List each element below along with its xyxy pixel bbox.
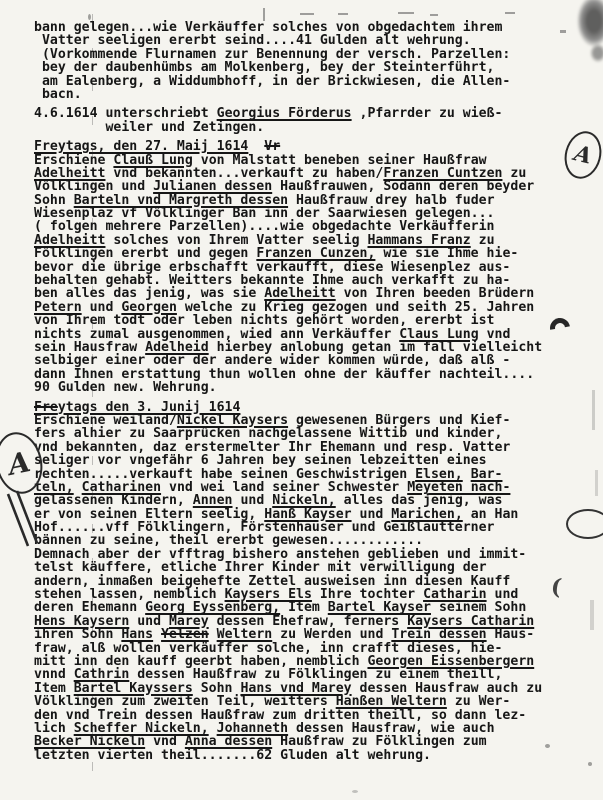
noise-speck: [352, 790, 358, 793]
text-line: Völklingen zum zweiten Teil, weitters Ha…: [34, 695, 574, 708]
text-run: ,Pfarrder zu wieß-: [352, 106, 503, 121]
text-line: bacn.: [34, 88, 574, 101]
text-line: fraw, alß wollen verkäuffer solche, inn …: [34, 642, 574, 655]
text-line: bännen zu seine, theil ererbt gewesen...…: [34, 534, 574, 547]
double-slash-annotation: [2, 490, 42, 552]
entry-27-maij-1614: Erschiene Clauß Lung von Malstatt benebe…: [34, 154, 574, 395]
text-line: telst käuffere, etliche Ihrer Kinder mit…: [34, 561, 574, 574]
text-line: 4.6.1614 unterschriebt Georgius Förderus…: [34, 107, 574, 120]
entry-3-junij-1614: Erschiene weiland/Nickel Kaysers gewesen…: [34, 414, 574, 762]
circle-outline-annotation: [566, 509, 603, 539]
text-line: weiler und Zetingen.: [34, 121, 574, 134]
noise-speck: [263, 8, 265, 21]
text-run: bacn.: [42, 87, 82, 102]
noise-speck: [595, 470, 598, 496]
noise-speck: [588, 762, 592, 766]
text-line: Vatter seeligen ererbt seind....41 Gulde…: [34, 34, 574, 47]
typewritten-text: bann gelegen...wie Verkäuffer solches vo…: [34, 21, 574, 762]
text-line: Freytags den 3. Junij 1614: [34, 401, 574, 414]
text-line: Fölklingen ererbt und gegen Franzen Cunz…: [34, 247, 574, 260]
text-line: Erschiene Clauß Lung von Malstatt benebe…: [34, 154, 574, 167]
text-line: Becker Nickeln vnd Anna dessen Haußfraw …: [34, 735, 574, 748]
text-line: von Ihrem todt oder leben nichts gehört …: [34, 314, 574, 327]
text-line: vnnd Cathrin dessen Haußfraw zu Fölkling…: [34, 668, 574, 681]
annotation-letter: A: [5, 445, 33, 482]
noise-speck: [398, 12, 414, 14]
text-run: 90 Gulden new. Wehrung.: [34, 380, 217, 395]
heading-27-maij-1614: Freytags, den 27. Maij 1614 Vr: [34, 140, 574, 153]
noise-speck: [430, 14, 438, 16]
text-line: deren Ehemann Georg Eyssenberg, Item Bar…: [34, 601, 574, 614]
text-run: am Ealenberg, a Widdumbhoff, in der Bric…: [42, 74, 510, 89]
text-line: ( folgen mehrere Parzellen)....wie obged…: [34, 220, 574, 233]
noise-speck: [300, 13, 314, 15]
text-line: am Ealenberg, a Widdumbhoff, in der Bric…: [34, 75, 574, 88]
noise-speck: [505, 12, 515, 14]
text-line: dann Ihnen erstattung thun wollen ohne d…: [34, 368, 574, 381]
text-line: rechten.....verkauft habe seinen Geschwi…: [34, 468, 574, 481]
text-line: 90 Gulden new. Wehrung.: [34, 381, 574, 394]
paper-crease-line: [92, 14, 93, 780]
scan-corner-blob: [587, 40, 603, 66]
annotation-letter: A: [572, 140, 595, 169]
scanned-document-page: bann gelegen...wie Verkäuffer solches vo…: [0, 0, 603, 800]
text-line: fers alhier zu Saarprücken nachgelassene…: [34, 427, 574, 440]
entry-4-6-1614: 4.6.1614 unterschriebt Georgius Förderus…: [34, 107, 574, 134]
text-line: seliger vor vngefähr 6 Jahren bey seinen…: [34, 454, 574, 467]
noise-speck: [88, 14, 91, 20]
text-line: Freytags, den 27. Maij 1614 Vr: [34, 140, 574, 153]
text-line: den vnd Trein dessen Haußfraw zum dritte…: [34, 709, 574, 722]
paragraph-continuation: bann gelegen...wie Verkäuffer solches vo…: [34, 21, 574, 101]
noise-speck: [545, 744, 550, 748]
noise-speck: [590, 600, 594, 630]
noise-speck: [592, 390, 595, 430]
text-line: Völklingen und Julianen dessen Haußfrauw…: [34, 180, 574, 193]
text-line: gelassenen Kindern, Annen und Nickeln, a…: [34, 494, 574, 507]
text-run: weiler und Zetingen.: [105, 120, 264, 135]
text-line: ben alles das jenig, was sie Adelheitt v…: [34, 287, 574, 300]
noise-speck: [338, 13, 348, 15]
heading-3-junij-1614: Freytags den 3. Junij 1614: [34, 401, 574, 414]
text-line: nichts zumal ausgenommen, wied ann Verkä…: [34, 328, 574, 341]
text-line: ihren Sohn Hans Yelzen Weltern zu Werden…: [34, 628, 574, 641]
noise-speck: [560, 30, 566, 33]
text-line: selbiger einer oder der andere wider kom…: [34, 354, 574, 367]
text-run: letzten vierten theil.......62 Gluden al…: [34, 748, 431, 763]
text-line: letzten vierten theil.......62 Gluden al…: [34, 749, 574, 762]
text-line: andern, inmaßen beigehefte Zettel auswei…: [34, 575, 574, 588]
text-line: bey der daubenhümbs am Molkenberg, bey d…: [34, 61, 574, 74]
